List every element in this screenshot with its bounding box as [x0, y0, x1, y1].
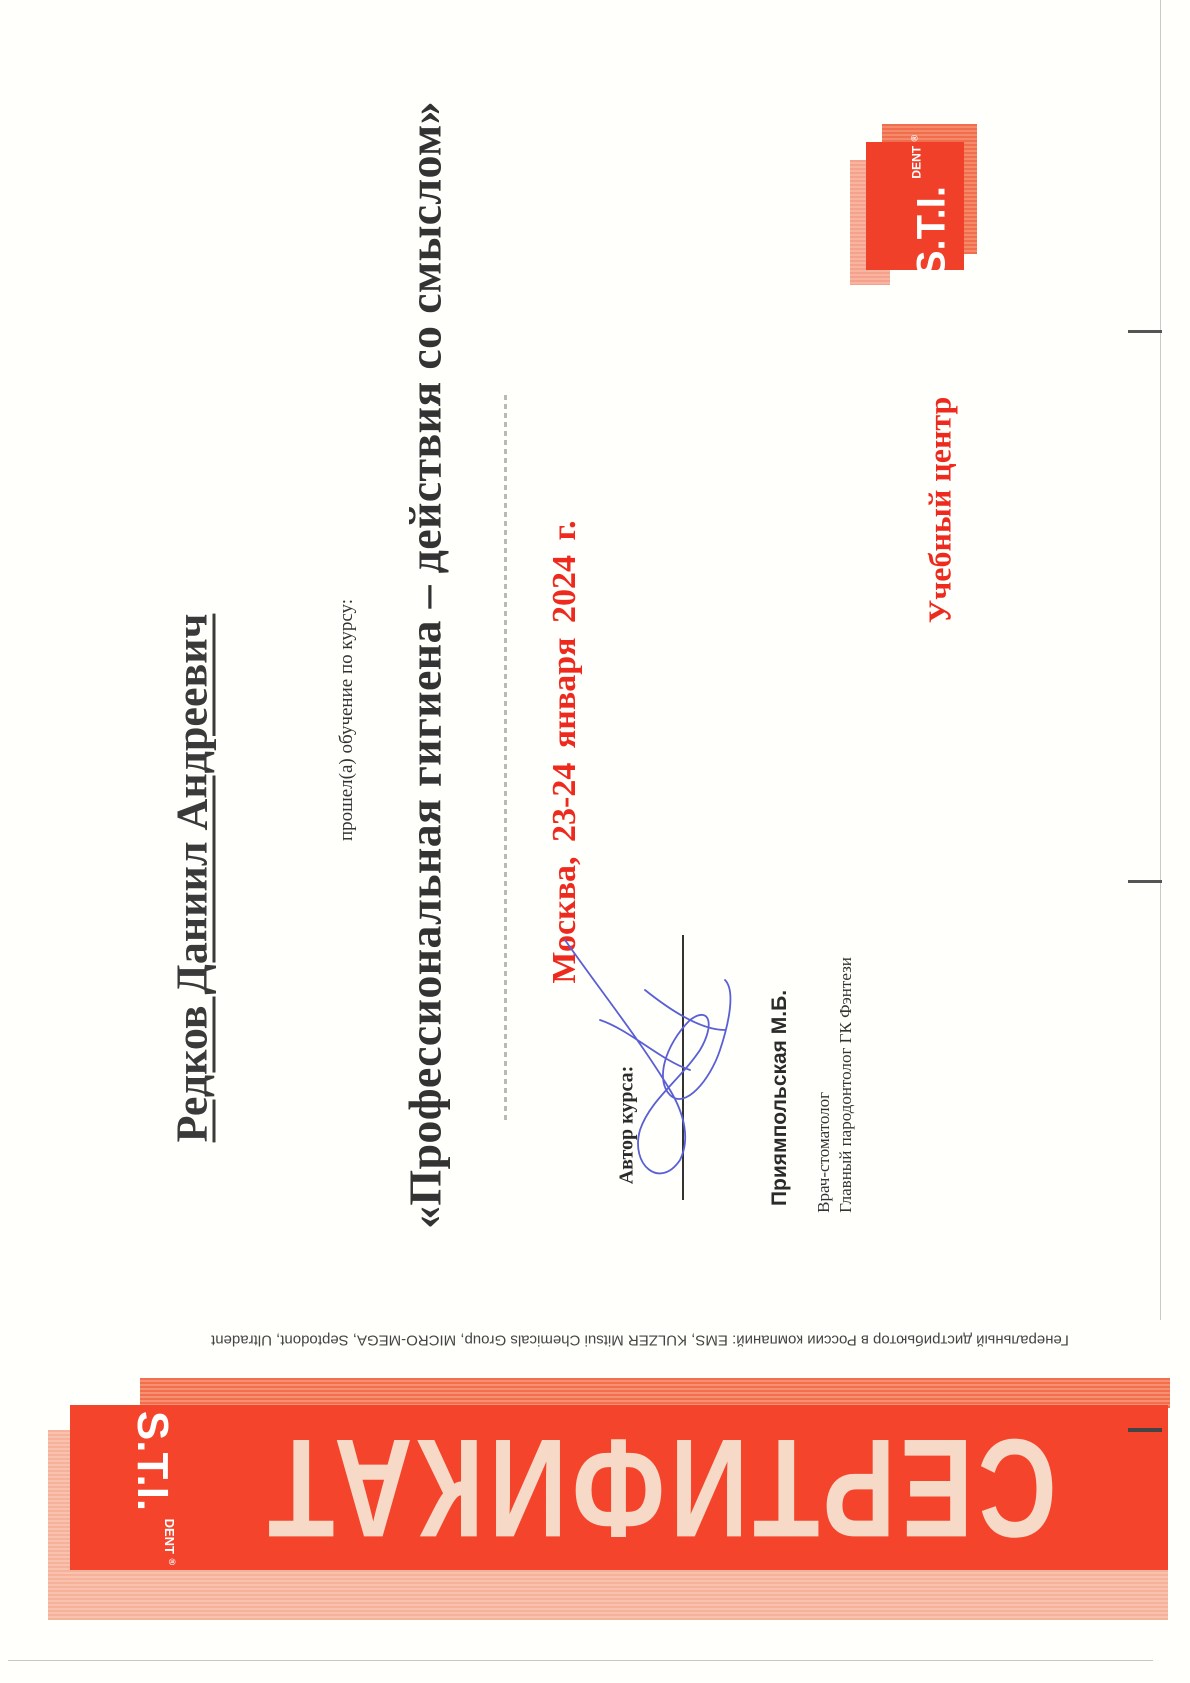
- scan-mark: [1128, 330, 1162, 333]
- training-center-label: Учебный центр: [922, 397, 959, 624]
- scan-border-right: [1160, 0, 1161, 1320]
- banner-logo: S.T.I. DENT ®: [127, 1411, 177, 1565]
- logo-sub: DENT: [910, 146, 924, 179]
- logo-text: S.T.I. DENT ®: [910, 135, 955, 277]
- banner-title: СЕРТИФИКАТ: [263, 1407, 1057, 1569]
- signature-scribble: [560, 930, 760, 1200]
- dashed-divider: [504, 395, 507, 1120]
- distributor-note: Генеральный дистрибьютор в России компан…: [211, 1332, 1069, 1349]
- scan-border-bottom: [8, 1660, 1153, 1661]
- author-titles: Врач-стоматолог Главный пародонтолог ГК …: [813, 957, 857, 1213]
- scan-mark: [1128, 1428, 1162, 1432]
- place-date: Москва, 23-24 января 2024 г.: [546, 520, 584, 983]
- scan-mark: [1128, 880, 1162, 883]
- author-title-line: Главный пародонтолог ГК Фэнтези: [835, 957, 857, 1213]
- course-title: «Профессиональная гигиена – действия со …: [399, 101, 452, 1229]
- recipient-name: Редков Даниил Андреевич: [167, 614, 218, 1143]
- logo-main: S.T.I.: [910, 186, 954, 277]
- registered-mark: ®: [910, 135, 920, 142]
- passed-course-text: прошел(а) обучение по курсу:: [336, 599, 358, 841]
- author-title-line: Врач-стоматолог: [813, 957, 835, 1213]
- author-name: Приямпольская М.Б.: [768, 990, 792, 1206]
- banner-logo-sub: DENT: [162, 1519, 177, 1554]
- banner-logo-main: S.T.I.: [128, 1411, 177, 1511]
- banner-registered-mark: ®: [167, 1558, 177, 1565]
- banner-back-stripe: [140, 1378, 1170, 1408]
